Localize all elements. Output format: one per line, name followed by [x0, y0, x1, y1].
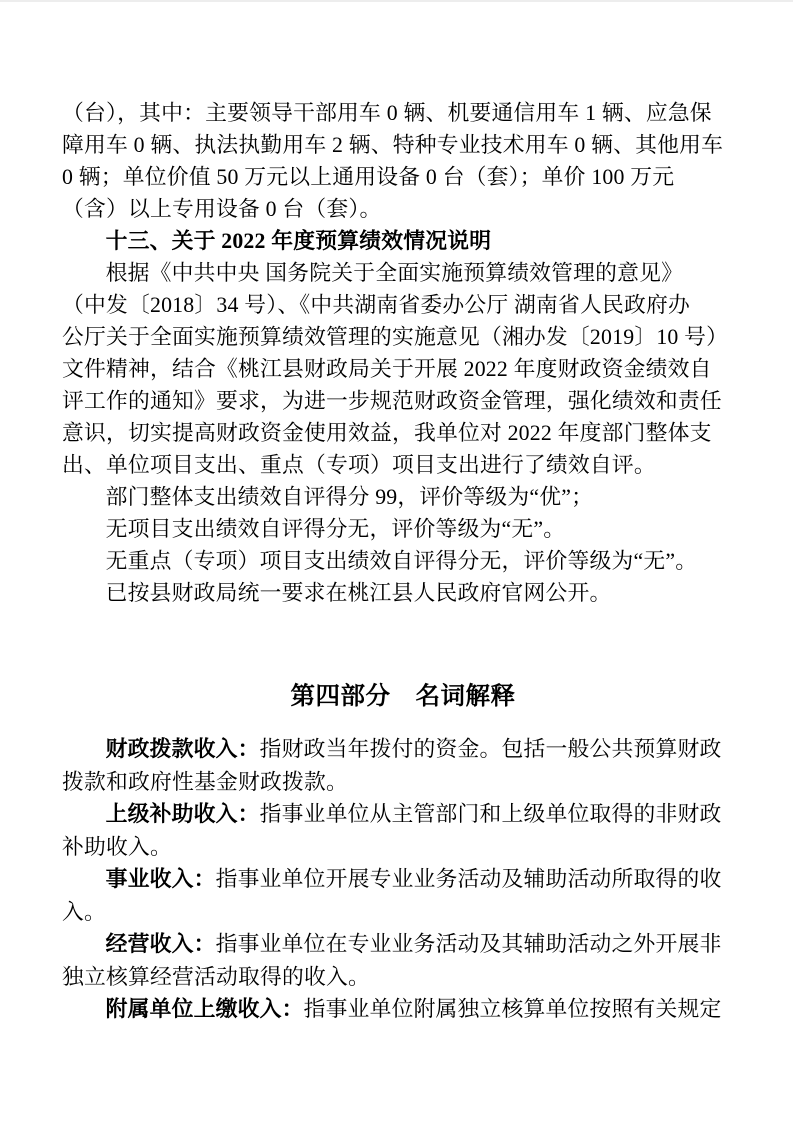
line-official-website-publication: 已按县财政局统一要求在桃江县人民政府官网公开。	[62, 577, 744, 609]
definition-term: 经营收入：	[106, 932, 216, 956]
definition-term: 事业收入：	[106, 867, 216, 891]
document-page: （台），其中：主要领导干部用车 0 辆、机要通信用车 1 辆、应急保 障用车 0…	[0, 0, 793, 1122]
definition-fiscal-appropriation-income: 财政拨款收入：指财政当年拨付的资金。包括一般公共预算财政 拨款和政府性基金财政拨…	[62, 733, 744, 798]
paragraph-vehicles-equipment: （台），其中：主要领导干部用车 0 辆、机要通信用车 1 辆、应急保 障用车 0…	[62, 97, 744, 225]
paragraph-performance-basis: 根据《中共中央 国务院关于全面实施预算绩效管理的意见》 （中发〔2018〕34 …	[62, 257, 744, 481]
line-project-expenditure-score: 无项目支出绩效自评得分无，评价等级为“无”。	[62, 513, 744, 545]
definition-superior-subsidy-income: 上级补助收入：指事业单位从主管部门和上级单位取得的非财政 补助收入。	[62, 798, 744, 863]
part4-section-title: 第四部分 名词解释	[62, 679, 744, 715]
definition-business-income: 经营收入：指事业单位在专业业务活动及其辅助活动之外开展非 独立核算经营活动取得的…	[62, 928, 744, 993]
line-overall-expenditure-score: 部门整体支出绩效自评得分 99，评价等级为“优”；	[62, 481, 744, 513]
definition-text: 指事业单位附属独立核算单位按照有关规定	[304, 997, 722, 1021]
heading-section-13: 十三、关于 2022 年度预算绩效情况说明	[62, 225, 744, 257]
definition-term: 附属单位上缴收入：	[106, 997, 304, 1021]
definition-term: 上级补助收入：	[106, 802, 260, 826]
page-content: （台），其中：主要领导干部用车 0 辆、机要通信用车 1 辆、应急保 障用车 0…	[0, 2, 793, 1026]
definition-operational-income: 事业收入：指事业单位开展专业业务活动及辅助活动所取得的收 入。	[62, 863, 744, 928]
line-key-project-expenditure-score: 无重点（专项）项目支出绩效自评得分无，评价等级为“无”。	[62, 545, 744, 577]
definition-term: 财政拨款收入：	[106, 737, 260, 761]
definition-affiliated-unit-remitted-income: 附属单位上缴收入：指事业单位附属独立核算单位按照有关规定	[62, 993, 744, 1026]
